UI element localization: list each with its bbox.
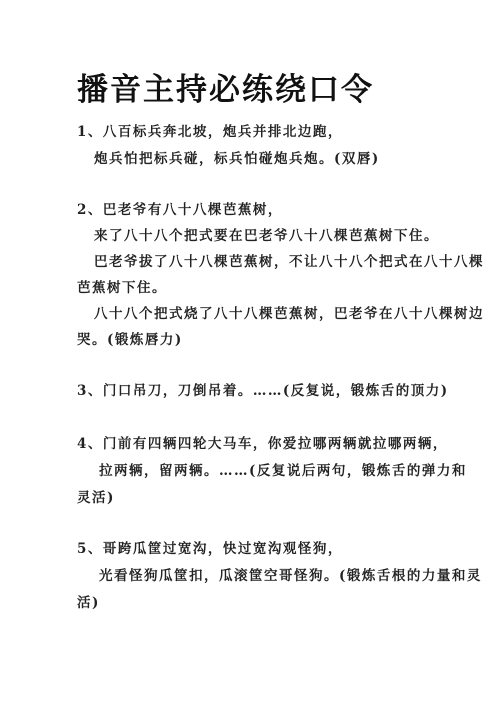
text-line: 炮兵怕把标兵碰，标兵怕碰炮兵炮。(双唇) (94, 147, 380, 167)
text-line: 哭。(锻炼唇力) (77, 328, 183, 348)
text-line: 芭蕉树下住。 (77, 276, 167, 296)
page-title: 播音主持必练绕口令 (77, 64, 374, 109)
text-line: 1、八百标兵奔北坡，炮兵并排北边跑， (77, 120, 343, 140)
text-line: 5、哥跨瓜筐过宽沟，快过宽沟观怪狗， (77, 537, 343, 557)
text-line: 4、门前有四辆四轮大马车，你爱拉哪两辆就拉哪两辆， (77, 432, 448, 452)
text-line: 3、门口吊刀，刀倒吊着。……(反复说，锻炼舌的顶力) (77, 379, 449, 399)
text-line: 八十八个把式烧了八十八棵芭蕉树，巴老爷在八十八棵树边 (94, 302, 484, 322)
text-line: 灵活) (77, 486, 115, 506)
text-line: 光看怪狗瓜筐扣，瓜滚筐空哥怪狗。(锻炼舌根的力量和灵 (99, 564, 482, 584)
text-line: 来了八十八个把式要在巴老爷八十八棵芭蕉树下住。 (94, 224, 439, 244)
text-line: 活) (77, 591, 100, 611)
text-line: 拉两辆，留两辆。……(反复说后两句，锻炼舌的弹力和 (99, 459, 467, 479)
text-line: 2、巴老爷有八十八棵芭蕉树， (77, 198, 283, 218)
text-line: 巴老爷拔了八十八棵芭蕉树，不让八十八个把式在八十八棵 (94, 250, 484, 270)
